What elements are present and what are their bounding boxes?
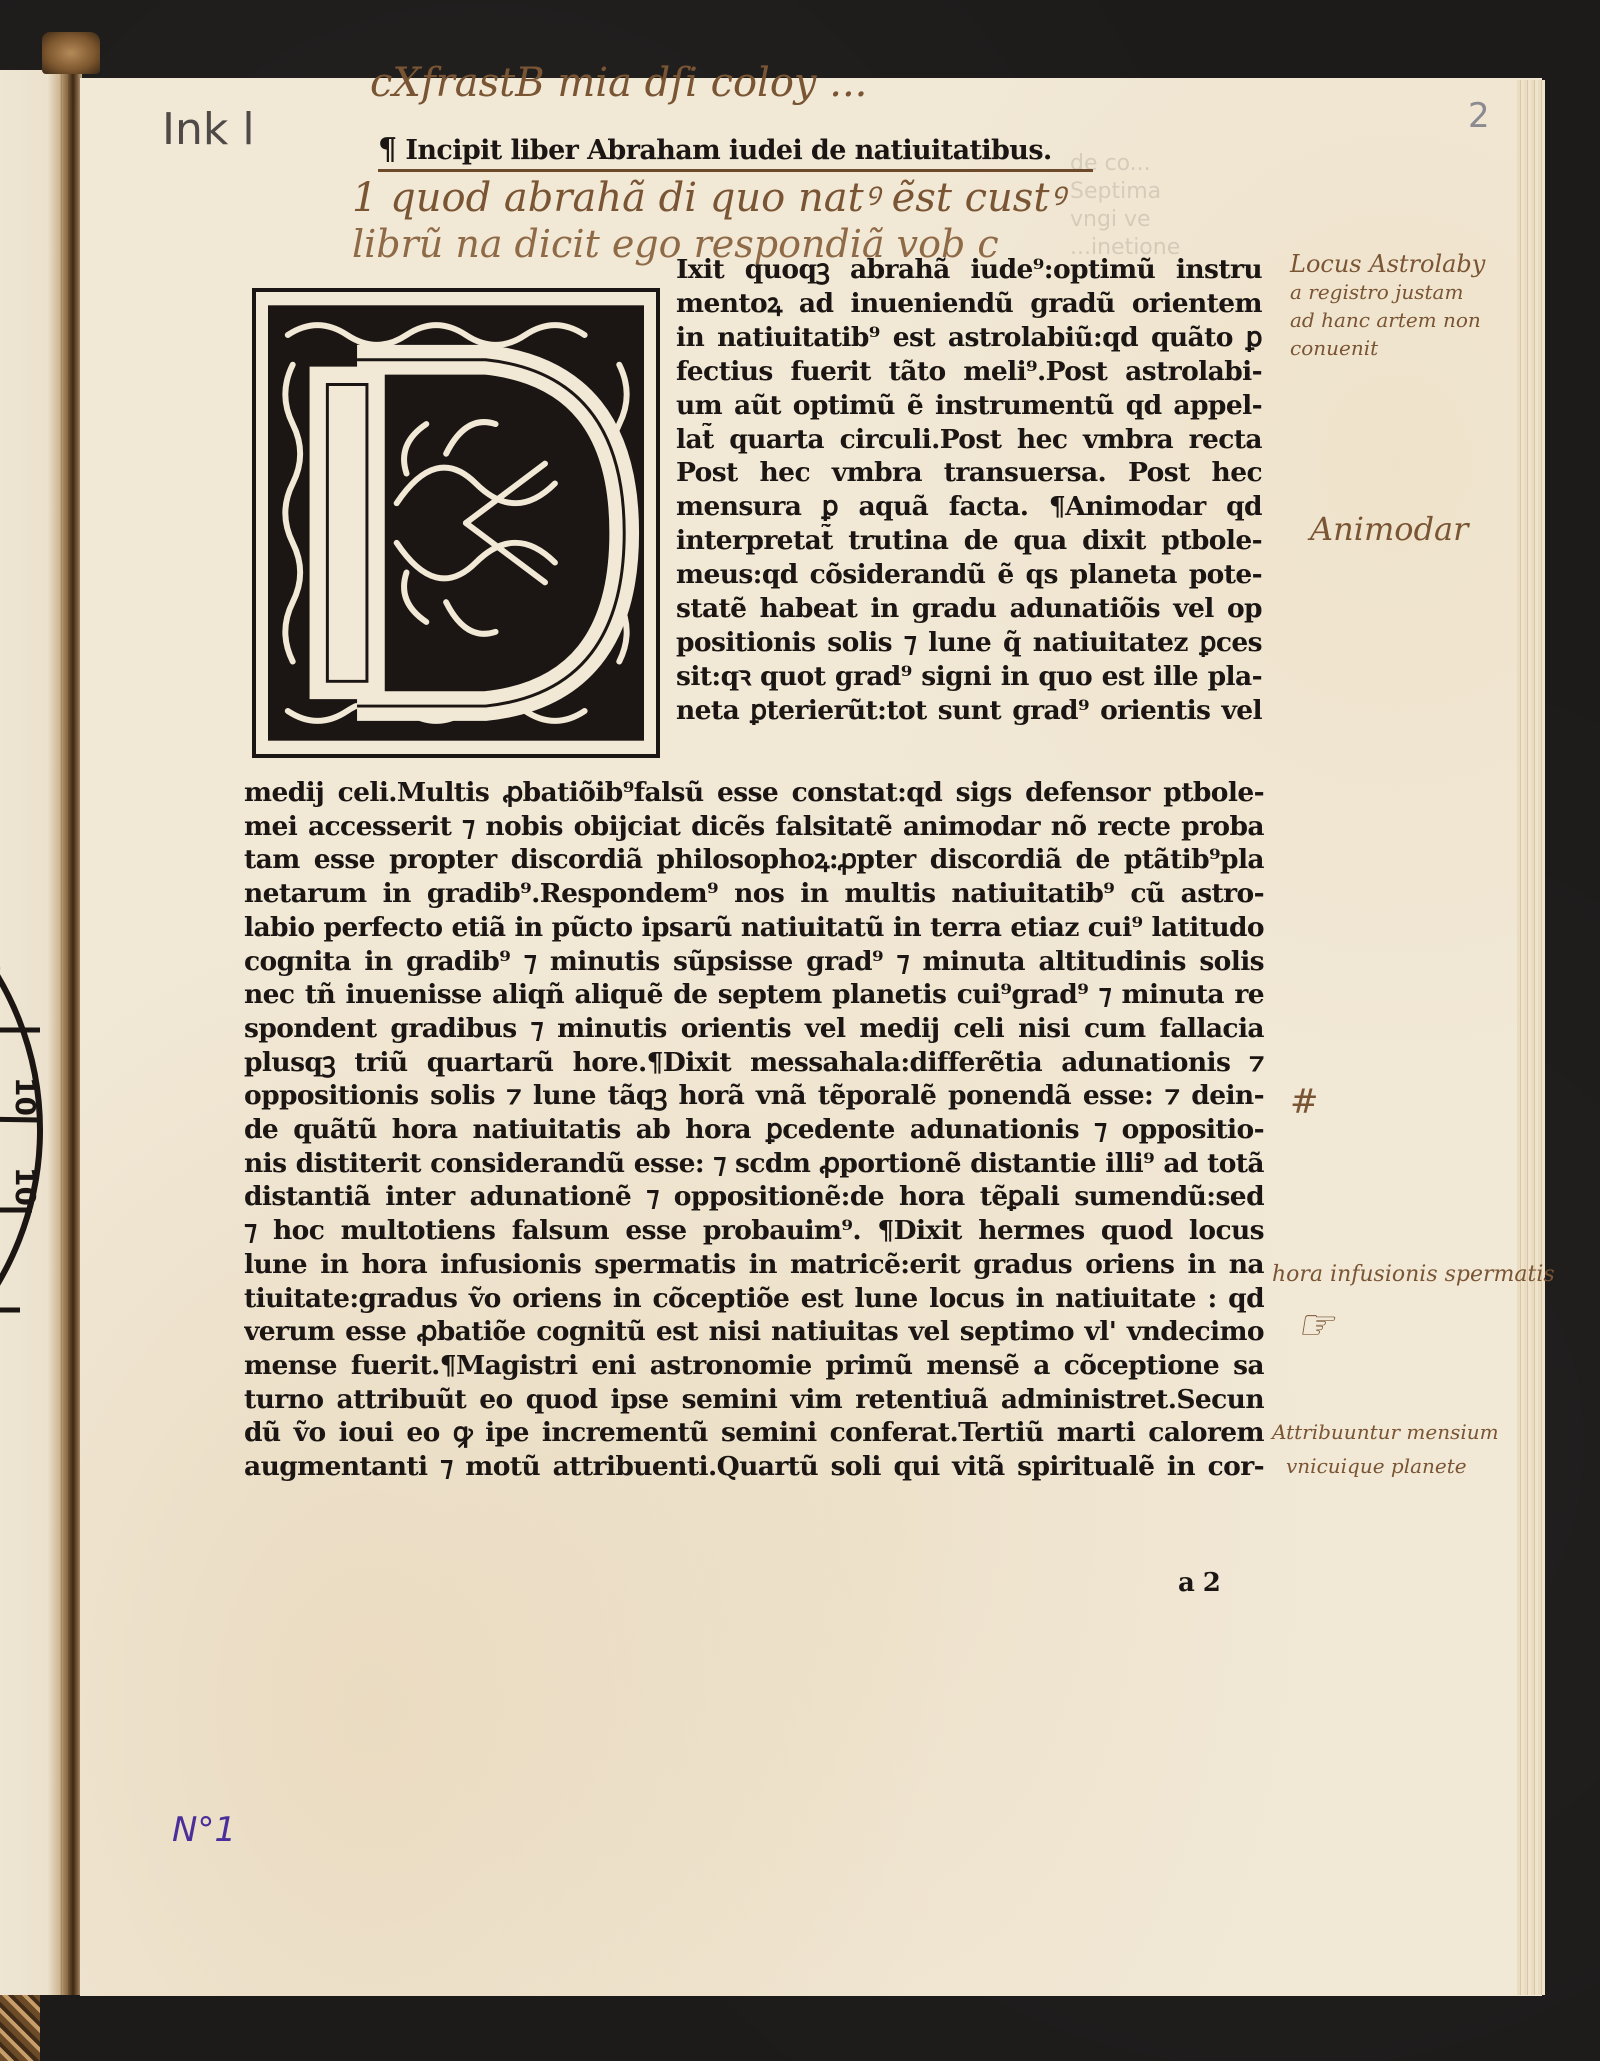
text-line: verum esse ꝓbatiõe cognitũ est nisi nati…: [244, 1315, 1264, 1349]
text-line: ⁊ hoc multotiens falsum esse probauim⁹. …: [244, 1214, 1264, 1248]
text-line: oppositionis solis ⁊ lune tãqꝫ horã vnã …: [244, 1079, 1264, 1113]
text-line: labio perfecto etiã in pũcto ipsarũ nati…: [244, 911, 1264, 945]
margin-note-animodar: Animodar: [1310, 510, 1468, 548]
manicule-icon: ☞: [1296, 1300, 1334, 1349]
top-margin-annotation: cXfrastB mia dſi coloy ...: [370, 60, 867, 106]
margin-note-line: vnicuique planete: [1272, 1449, 1499, 1483]
text-line: nis distiterit considerandũ esse: ⁊ scdm…: [244, 1147, 1264, 1181]
text-line: medij celi.Multis ꝓbatiõib⁹falsũ esse co…: [244, 776, 1264, 810]
text-line: dũ ṽo ioui eo ꝙ ipe incrementũ semini co…: [244, 1416, 1264, 1450]
text-line: plusqꝫ triũ quartarũ hore.¶Dixit messaha…: [244, 1046, 1264, 1080]
text-line: um aũt optimũ ẽ instrumentũ qd appel-: [676, 389, 1262, 423]
text-line: cognita in gradib⁹ ⁊ minutis sũpsisse gr…: [244, 945, 1264, 979]
margin-note-line: Attribuuntur mensium: [1272, 1415, 1499, 1449]
folio-number: 2: [1468, 96, 1490, 136]
text-line: fectius fuerit tãto meli⁹.Post astrolabi…: [676, 355, 1262, 389]
margin-hash-mark: #: [1290, 1082, 1319, 1122]
text-line: nec tñ inuenisse aliqñ aliquẽ de septem …: [244, 978, 1264, 1012]
text-line: tam esse propter discordiã philosophoꝝ:ꝓ…: [244, 843, 1264, 877]
text-line: Post hec vmbra transuersa. Post hec: [676, 456, 1262, 490]
interlinear-annotation: 1 quod abrahã di quo natꝰ ẽst custꝰ: [352, 168, 1065, 223]
text-line: Ixit quoqꝫ abrahã iude⁹:optimũ instru: [676, 253, 1262, 287]
text-line: mensura ꝑ aquã facta. ¶Animodar qd: [676, 490, 1262, 524]
woodcut-initial-d: [252, 288, 660, 758]
title-text: Incipit liber Abraham iudei de natiuitat…: [405, 135, 1051, 166]
text-line: lune in hora infusionis spermatis in mat…: [244, 1248, 1264, 1282]
text-line: sit:qꝛ quot grad⁹ signi in quo est ille …: [676, 660, 1262, 694]
text-line: tiuitate:gradus ṽo oriens in cõceptiõe e…: [244, 1282, 1264, 1316]
text-line: netarum in gradib⁹.Respondem⁹ nos in mul…: [244, 877, 1264, 911]
signature-mark: a 2: [1178, 1568, 1220, 1598]
inventory-number: N°1: [172, 1810, 236, 1850]
text-line: neta ꝑterierũt:tot sunt grad⁹ orientis v…: [676, 694, 1262, 728]
previous-page-edge: 10 10: [0, 70, 68, 1995]
text-line: meus:qd cõsiderandũ ẽ qs planeta pote-: [676, 558, 1262, 592]
text-line: mense fuerit.¶Magistri eni astronomie pr…: [244, 1349, 1264, 1383]
margin-note-line: ad hanc artem non: [1290, 306, 1485, 334]
text-line: augmentanti ⁊ motũ attribuenti.Quartũ so…: [244, 1450, 1264, 1484]
text-line: distantiã inter adunationẽ ⁊ oppositionẽ…: [244, 1180, 1264, 1214]
text-line: statẽ habeat in gradu adunatiõis vel op: [676, 592, 1262, 626]
margin-note-line: a registro justam: [1290, 278, 1485, 306]
book-gutter: [62, 70, 82, 1995]
body-text-full-column: medij celi.Multis ꝓbatiõib⁹falsũ esse co…: [244, 776, 1264, 1484]
text-line: de quãtũ hora natiuitatis ab hora ꝑceden…: [244, 1113, 1264, 1147]
binding-fragment: [42, 32, 100, 74]
text-line: turno attribuũt eo quod ipse semini vim …: [244, 1383, 1264, 1417]
shelfmark-annotation: Ink l: [162, 104, 255, 155]
decorative-initial-d-icon: [268, 304, 644, 742]
diagram-label: 10: [9, 1167, 42, 1206]
text-line: interpretat̃ trutina de qua dixit ptbole…: [676, 524, 1262, 558]
margin-note-attribution: Attribuuntur mensium vnicuique planete: [1272, 1415, 1499, 1483]
text-line: spondent gradibus ⁊ minutis orientis vel…: [244, 1012, 1264, 1046]
text-line: in natiuitatib⁹ est astrolabiũ:qd quãto …: [676, 321, 1262, 355]
text-line: positionis solis ⁊ lune q̃ natiuitatez ꝑ…: [676, 626, 1262, 660]
text-line: lat̃ quarta circuli.Post hec vmbra recta: [676, 423, 1262, 457]
diagram-label: 10: [9, 1077, 42, 1116]
text-line: mei accesserit ⁊ nobis obijciat dicẽs fa…: [244, 810, 1264, 844]
margin-note-line: conuenit: [1290, 334, 1485, 362]
margin-note-astrolabe: Locus Astrolaby a registro justam ad han…: [1290, 250, 1485, 362]
binding-fragment: [0, 1995, 40, 2061]
margin-note-line: Locus Astrolaby: [1290, 250, 1485, 278]
margin-note-hora: hora infusionis spermatis: [1272, 1262, 1555, 1287]
pilcrow-icon: ¶: [378, 132, 397, 167]
page-fore-edge: [1517, 80, 1545, 1995]
incipit-title: ¶ Incipit liber Abraham iudei de natiuit…: [378, 133, 1093, 172]
text-line: mentoꝝ ad inueniendũ gradũ orientem: [676, 287, 1262, 321]
body-text-narrow-column: Ixit quoqꝫ abrahã iude⁹:optimũ instru me…: [676, 253, 1262, 728]
astrological-circle-diagram: [0, 830, 60, 1430]
